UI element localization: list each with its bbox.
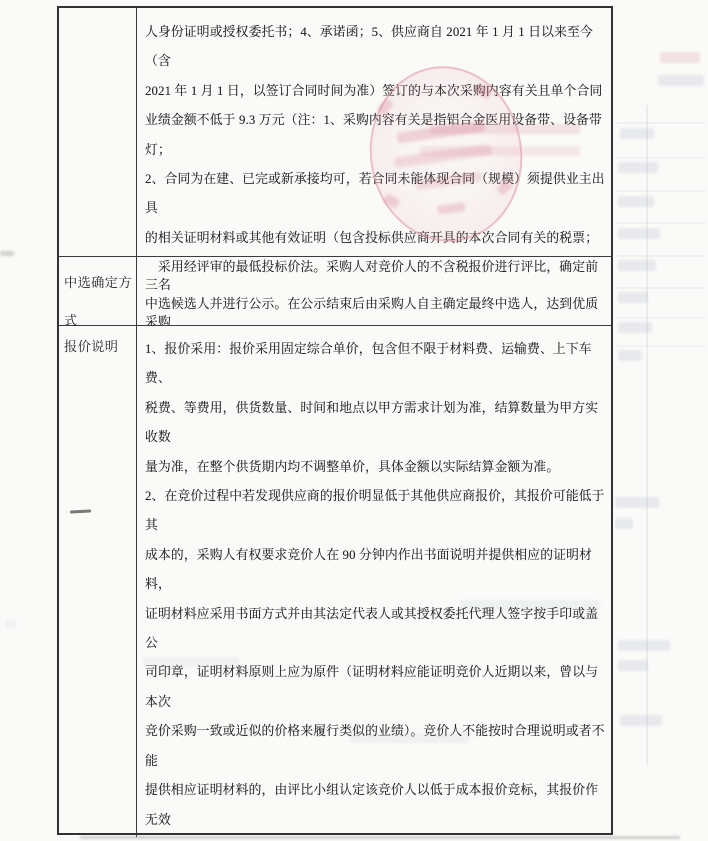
bleed-through-artifact — [615, 518, 633, 529]
bleed-through-artifact — [618, 292, 648, 303]
bleed-through-line — [616, 255, 706, 257]
bleed-through-artifact — [615, 497, 659, 508]
table-row-selection-method: 中选确定方式 采用经评审的最低投标价法。采购人对竞价人的不含税报价进行评比，确定… — [59, 257, 611, 326]
bleed-through-artifact — [618, 260, 656, 271]
bleed-through-artifact — [6, 620, 16, 628]
bleed-through-line — [616, 287, 706, 289]
table-row-attachment-requirements: 人身份证明或授权委托书；4、承诺函；5、供应商自 2021 年 1 月 1 日以… — [59, 8, 611, 257]
bleed-through-line — [616, 122, 706, 124]
bleed-through-artifact — [618, 162, 658, 173]
row-content: 1、报价采用：报价采用固定综合单价，包含但不限于材料费、运输费、上下车费、 税费… — [137, 326, 611, 837]
bleed-through-artifact — [0, 251, 14, 256]
row-content: 人身份证明或授权委托书；4、承诺函；5、供应商自 2021 年 1 月 1 日以… — [137, 8, 611, 256]
bleed-through-artifact — [620, 715, 662, 726]
bleed-through-line — [616, 157, 706, 159]
table-row-quotation-notes: 报价说明 1、报价采用：报价采用固定综合单价，包含但不限于材料费、运输费、上下车… — [59, 326, 611, 837]
scanned-document-page: 人身份证明或授权委托书；4、承诺函；5、供应商自 2021 年 1 月 1 日以… — [0, 0, 708, 841]
bleed-through-artifact — [618, 660, 648, 671]
bleed-through-artifact — [618, 228, 660, 239]
bleed-through-artifact — [620, 128, 654, 139]
row-label — [59, 8, 137, 256]
procurement-terms-table: 人身份证明或授权委托书；4、承诺函；5、供应商自 2021 年 1 月 1 日以… — [57, 6, 613, 835]
bleed-through-line — [646, 105, 648, 765]
row-label: 中选确定方式 — [59, 257, 137, 325]
bleed-through-artifact — [618, 350, 642, 361]
bleed-through-artifact — [618, 640, 670, 651]
bleed-through-line — [616, 222, 706, 224]
row-content: 采用经评审的最低投标价法。采购人对竞价人的不含税报价进行评比，确定前三名 中选候… — [137, 257, 611, 325]
row-label: 报价说明 — [59, 326, 137, 837]
bleed-through-artifact — [618, 196, 654, 207]
bleed-through-line — [616, 190, 706, 192]
bleed-through-artifact — [618, 322, 652, 333]
bleed-through-artifact — [658, 75, 704, 86]
bleed-through-artifact — [660, 52, 700, 63]
bleed-through-line — [616, 345, 706, 347]
bleed-through-line — [616, 317, 706, 319]
